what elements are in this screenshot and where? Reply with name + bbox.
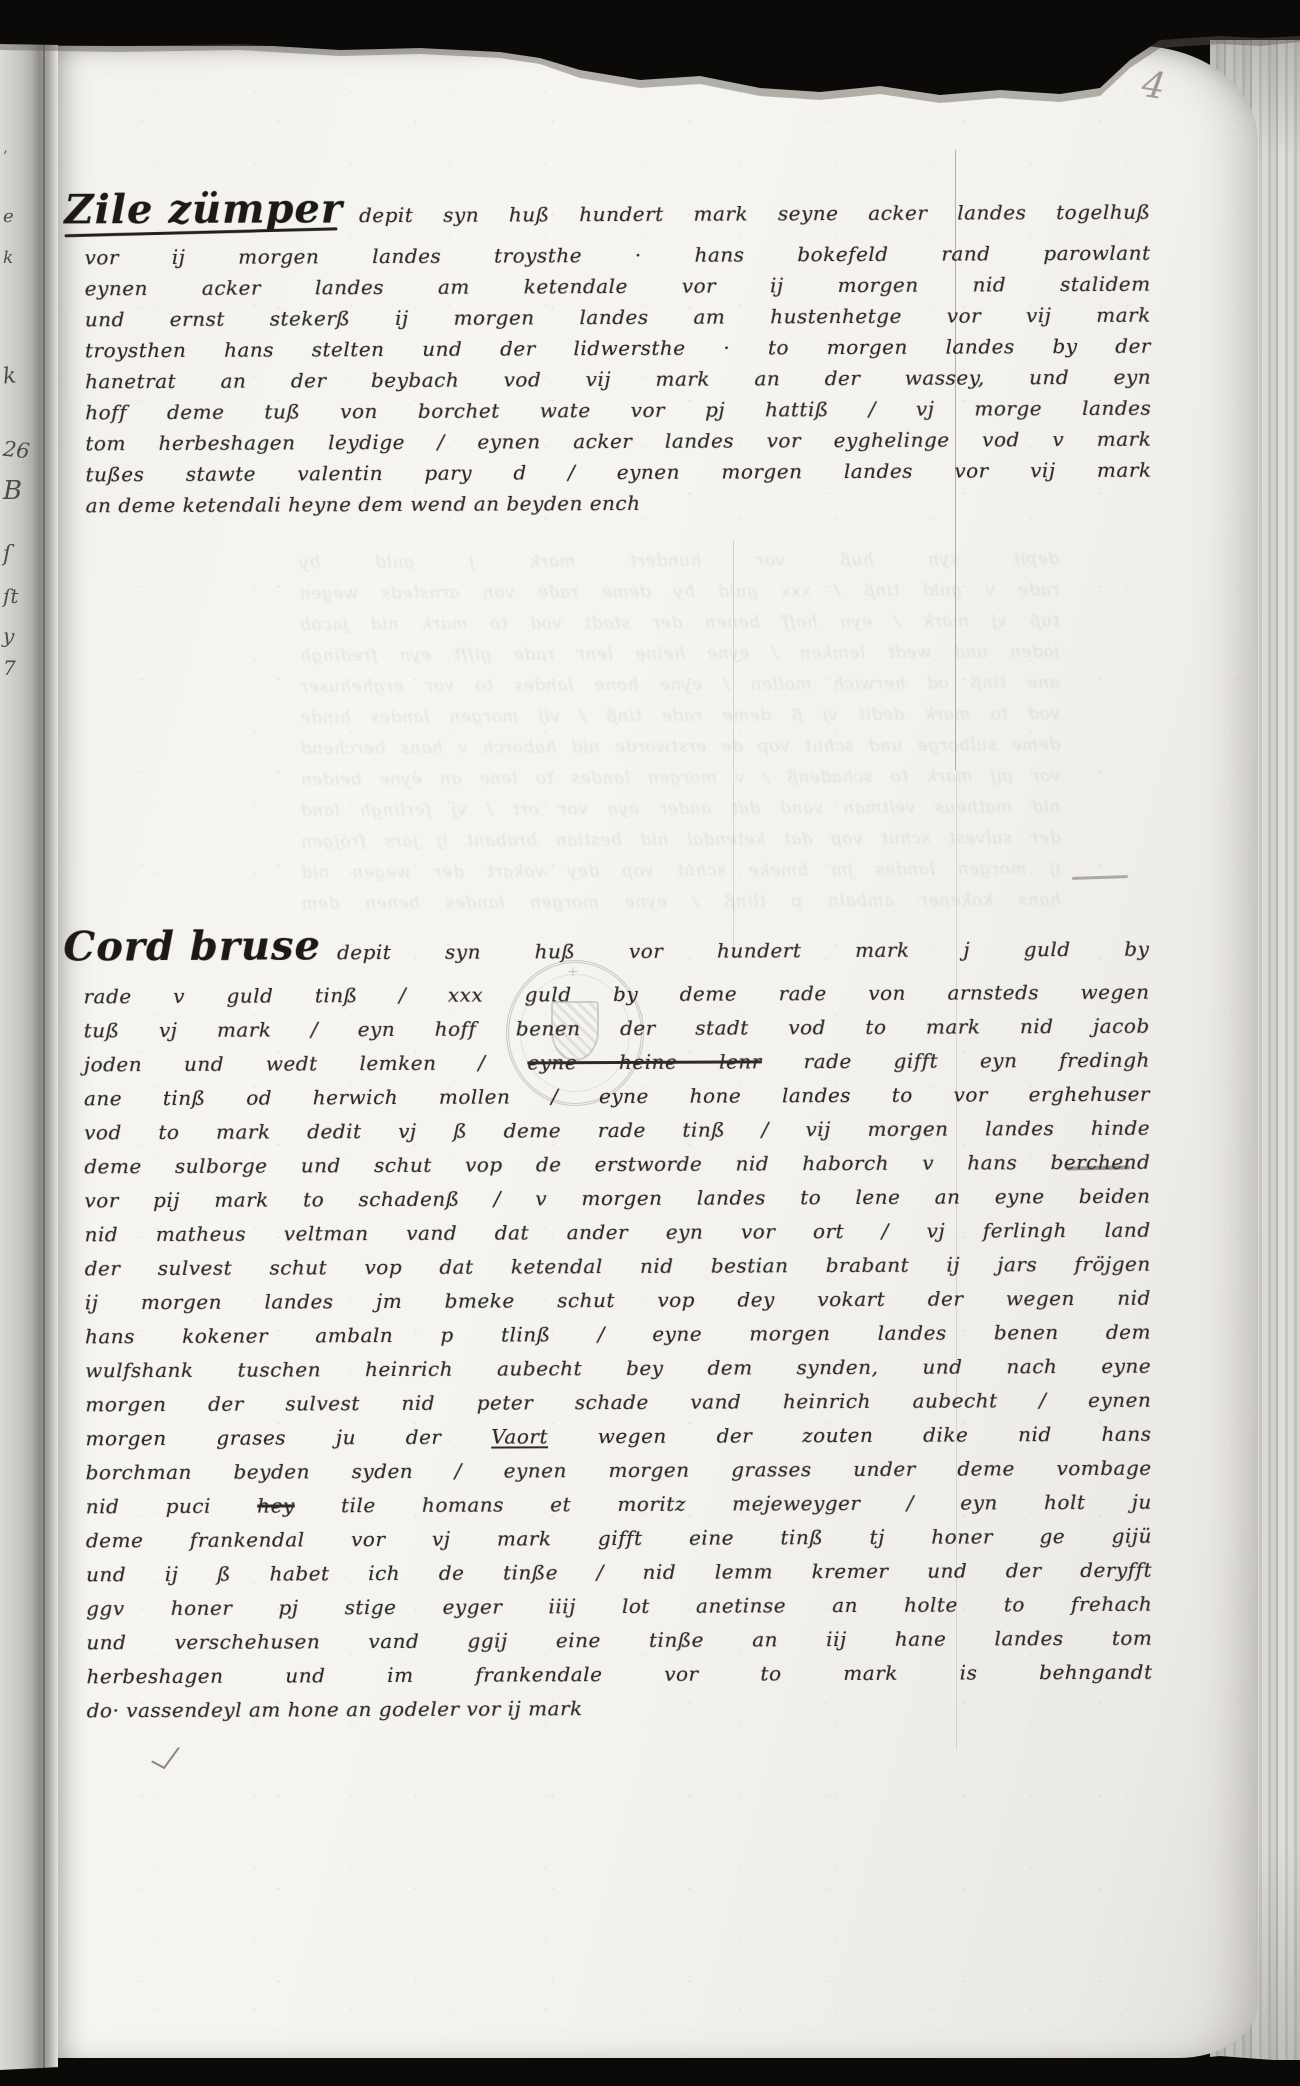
manuscript-text-segment: der sulvest schut vop dat ketendal nid b… xyxy=(85,1252,1151,1281)
manuscript-line: deme sulborge und schut vop de erstworde… xyxy=(84,1145,1150,1184)
entry-1-heading-row: Zile zümper depit syn huß hundert mark s… xyxy=(64,186,1150,243)
manuscript-line: troysthen hans stelten und der lidwersth… xyxy=(85,331,1151,367)
manuscript-text-segment: hey xyxy=(257,1493,295,1517)
manuscript-text-segment: wulfshank tuschen heinrich aubecht bey d… xyxy=(85,1354,1151,1383)
manuscript-text-segment: und ij ß habet ich de tinße / nid lemm k… xyxy=(86,1558,1152,1587)
manuscript-line: borchman beyden syden / eynen morgen gra… xyxy=(86,1451,1152,1490)
binding-gutter-shadow xyxy=(30,40,58,2086)
stamp-cross-icon: + xyxy=(567,965,579,979)
manuscript-text-segment: rade gifft eyn fredingh xyxy=(762,1048,1150,1074)
facing-page-ink-fragment: 26 xyxy=(2,439,31,463)
library-stamp: + xyxy=(506,960,644,1106)
entry-1-name-heading: Zile zümper xyxy=(64,189,359,230)
manuscript-text-segment: und verschehusen vand ggij eine tinße an… xyxy=(86,1626,1152,1655)
manuscript-text-segment: vor ij morgen landes troysthe · hans bok… xyxy=(85,241,1151,270)
facing-page-ink-fragment: ſt xyxy=(3,586,18,606)
manuscript-line: und verschehusen vand ggij eine tinße an… xyxy=(86,1621,1152,1660)
manuscript-line: eynen acker landes am ketendale vor ij m… xyxy=(85,269,1151,305)
ghost-line: vor pij mark to schadenß / v morgen land… xyxy=(300,761,1060,796)
manuscript-text-segment: wegen der zouten dike nid hans xyxy=(548,1422,1152,1449)
manuscript-text-segment: Vaort xyxy=(491,1424,548,1448)
manuscript-text-segment: hoff deme tuß von borchet wate vor pj ha… xyxy=(85,396,1151,425)
manuscript-text-segment: ggv honer pj stige eyger iiij lot anetin… xyxy=(86,1592,1152,1621)
manuscript-text-segment: tußes stawte valentin pary d / eynen mor… xyxy=(85,458,1151,487)
manuscript-text-segment: tom herbeshagen leydige / eynen acker la… xyxy=(85,427,1151,456)
manuscript-scan: depit syn huß vor hundert mark j guld by… xyxy=(0,0,1300,2086)
facing-page-ink-fragment: k xyxy=(3,250,13,267)
manuscript-text-segment: morgen der sulvest nid peter schade vand… xyxy=(85,1388,1151,1417)
manuscript-line: und ernst stekerß ij morgen landes am hu… xyxy=(85,300,1151,336)
manuscript-text-segment: und ernst stekerß ij morgen landes am hu… xyxy=(85,303,1151,332)
ghost-line: tuß vj mark / eyn hoff benen der stadt v… xyxy=(299,606,1059,641)
manuscript-text-segment: tile homans et moritz mejeweyger / eyn h… xyxy=(295,1490,1152,1518)
manuscript-line: do· vassendeyl am hone an godeler vor ij… xyxy=(87,1689,1153,1728)
manuscript-line: depit syn huß vor hundert mark j guld by xyxy=(337,937,1150,965)
manuscript-text-segment: hanetrat an der beybach vod vij mark an … xyxy=(85,365,1151,394)
ghost-line: der sulvest schut vop dat ketendal nid b… xyxy=(300,823,1060,858)
facing-page-sliver: ʼekk26Bſſty7 xyxy=(0,40,30,2086)
facing-page-ink-fragment: 7 xyxy=(3,658,16,678)
manuscript-line: vor pij mark to schadenß / v morgen land… xyxy=(84,1179,1150,1218)
manuscript-line: hanetrat an der beybach vod vij mark an … xyxy=(85,362,1151,398)
manuscript-text-segment: an deme ketendali heyne dem wend an beyd… xyxy=(86,491,641,517)
manuscript-text-segment: herbeshagen und im frankendale vor to ma… xyxy=(86,1660,1152,1689)
manuscript-line: ij morgen landes jm bmeke schut vop dey … xyxy=(85,1281,1151,1320)
manuscript-text-segment: troysthen hans stelten und der lidwersth… xyxy=(85,334,1151,363)
ghost-line: ij morgen landes jm bmeke schut vop dey … xyxy=(301,854,1061,889)
manuscript-text-segment: borchman beyden syden / eynen morgen gra… xyxy=(86,1456,1152,1485)
ghost-line: vod to mark dedit vj ß deme rade tinß / … xyxy=(300,699,1060,734)
manuscript-text-segment: deme sulborge und schut vop de erstworde… xyxy=(84,1150,1150,1179)
manuscript-text-segment: deme frankendal vor vj mark gifft eine t… xyxy=(86,1524,1152,1553)
ghost-line: hans kokener ambaln p tlinß / eyne morge… xyxy=(301,885,1061,920)
entry-paragraph-1: Zile zümper depit syn huß hundert mark s… xyxy=(84,186,1151,522)
entry-1-lines: vor ij morgen landes troysthe · hans bok… xyxy=(85,238,1152,522)
manuscript-text-segment: nid puci xyxy=(86,1494,258,1519)
ghost-line: nid matheus veltman vand dat ander eyn v… xyxy=(300,792,1060,827)
ghost-line: ane tinß od herwich mollen / eyne hone l… xyxy=(300,668,1060,703)
manuscript-text-segment: do· vassendeyl am hone an godeler vor ij… xyxy=(87,1696,583,1722)
manuscript-line: hans kokener ambaln p tlinß / eyne morge… xyxy=(85,1315,1151,1354)
manuscript-line: vor ij morgen landes troysthe · hans bok… xyxy=(85,238,1151,274)
manuscript-line: tußes stawte valentin pary d / eynen mor… xyxy=(85,455,1151,491)
manuscript-text-segment: vor pij mark to schadenß / v morgen land… xyxy=(84,1184,1150,1213)
manuscript-line: wulfshank tuschen heinrich aubecht bey d… xyxy=(85,1349,1151,1388)
facing-page-ink-fragment: B xyxy=(3,478,22,504)
manuscript-text-segment: vod to mark dedit vj ß deme rade tinß / … xyxy=(84,1116,1150,1145)
manuscript-line: der sulvest schut vop dat ketendal nid b… xyxy=(85,1247,1151,1286)
facing-page-ink-fragment: y xyxy=(2,625,15,646)
manuscript-line: morgen grases ju der Vaort wegen der zou… xyxy=(85,1417,1151,1456)
facing-page-ink-fragment: k xyxy=(2,365,18,388)
manuscript-line: und ij ß habet ich de tinße / nid lemm k… xyxy=(86,1553,1152,1592)
manuscript-line: hoff deme tuß von borchet wate vor pj ha… xyxy=(85,393,1151,429)
manuscript-text-segment: joden und wedt lemken / xyxy=(84,1050,528,1076)
facing-page-ink-fragment: ʼ xyxy=(2,150,8,164)
ghost-line: deme sulborge und schut vop de erstworde… xyxy=(300,730,1060,765)
stamp-coat-of-arms xyxy=(551,1001,599,1061)
manuscript-line: tom herbeshagen leydige / eynen acker la… xyxy=(85,424,1151,460)
facing-page-ink-fragment: ſ xyxy=(3,544,11,566)
manuscript-line: deme frankendal vor vj mark gifft eine t… xyxy=(86,1519,1152,1558)
manuscript-line: an deme ketendali heyne dem wend an beyd… xyxy=(86,486,1152,522)
bleed-through-ghost-text: depit syn huß vor hundert mark j guld by… xyxy=(299,544,1061,920)
manuscript-text-segment: ij morgen landes jm bmeke schut vop dey … xyxy=(85,1286,1151,1315)
manuscript-text-segment: depit syn huß hundert mark seyne acker l… xyxy=(359,200,1151,227)
manuscript-line: nid puci hey tile homans et moritz mejew… xyxy=(86,1485,1152,1524)
manuscript-line: morgen der sulvest nid peter schade vand… xyxy=(85,1383,1151,1422)
manuscript-line: vod to mark dedit vj ß deme rade tinß / … xyxy=(84,1111,1150,1150)
ghost-line: rade v guld tinß / xxx guld by deme rade… xyxy=(299,575,1059,610)
facing-page-ink-fragment: e xyxy=(3,208,14,226)
manuscript-line: ggv honer pj stige eyger iiij lot anetin… xyxy=(86,1587,1152,1626)
manuscript-text-segment: hans kokener ambaln p tlinß / eyne morge… xyxy=(85,1320,1151,1349)
manuscript-line: depit syn huß hundert mark seyne acker l… xyxy=(359,200,1151,227)
manuscript-text-segment: nid matheus veltman vand dat ander eyn v… xyxy=(85,1218,1151,1247)
manuscript-line: herbeshagen und im frankendale vor to ma… xyxy=(86,1655,1152,1694)
entry-2-name-heading: Cord bruse xyxy=(63,926,337,967)
manuscript-text-segment: eynen acker landes am ketendale vor ij m… xyxy=(85,272,1151,301)
manuscript-text-segment: depit syn huß vor hundert mark j guld by xyxy=(337,937,1150,965)
ghost-line: joden und wedt lemken / eyne heine lenr … xyxy=(300,637,1060,672)
manuscript-line: nid matheus veltman vand dat ander eyn v… xyxy=(85,1213,1151,1252)
ghost-line: depit syn huß vor hundert mark j guld by xyxy=(299,544,1059,579)
manuscript-text-segment: morgen grases ju der xyxy=(85,1425,491,1451)
